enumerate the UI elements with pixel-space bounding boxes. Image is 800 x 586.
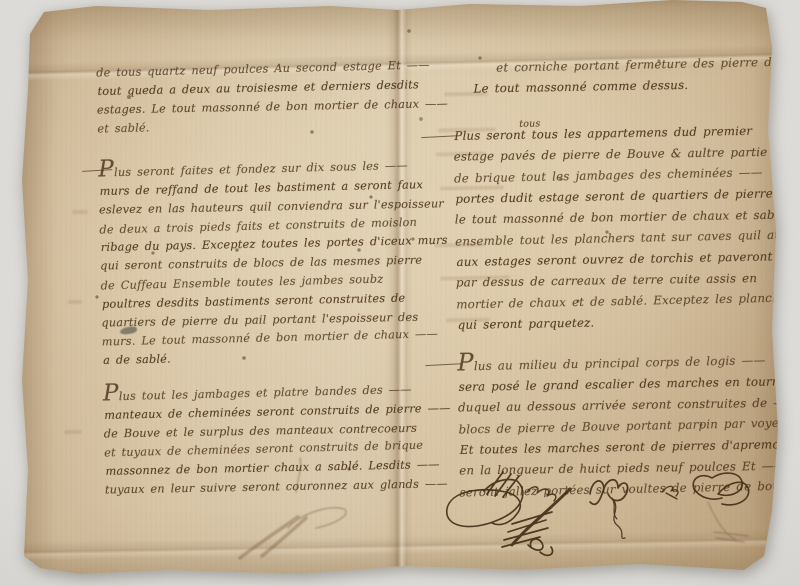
paragraph: Plus tout les jambages et platre bandes … [103, 378, 415, 500]
left-page-text: de tous quartz neuf poulces Au second es… [96, 58, 415, 501]
handwritten-text-line: Le tout massonné comme dessus. [473, 73, 769, 99]
bleedthrough-mark [64, 430, 82, 434]
photograph-of-manuscript: de tous quartz neuf poulces Au second es… [0, 0, 800, 586]
paragraph: de tous quartz neuf poulces Au second es… [96, 58, 408, 140]
paragraph: Plus au milieu du principal corps de log… [457, 348, 776, 502]
paragraph: tous Plus seront tous les appartemens du… [453, 120, 773, 335]
right-page-text: et corniche portant fermeture des pierre… [452, 52, 776, 502]
bleedthrough-mark [68, 300, 82, 304]
paper-shadow: de tous quartz neuf poulces Au second es… [0, 0, 800, 586]
manuscript-paper: de tous quartz neuf poulces Au second es… [0, 0, 800, 586]
ink-specks [0, 0, 2, 2]
handwritten-text-line: qui seront parquetez. [457, 309, 773, 336]
paragraph: Plus seront faites et fondez sur dix sou… [98, 155, 412, 371]
paragraph: et corniche portant fermeture des pierre… [452, 52, 769, 100]
bleedthrough-mark [72, 210, 88, 214]
